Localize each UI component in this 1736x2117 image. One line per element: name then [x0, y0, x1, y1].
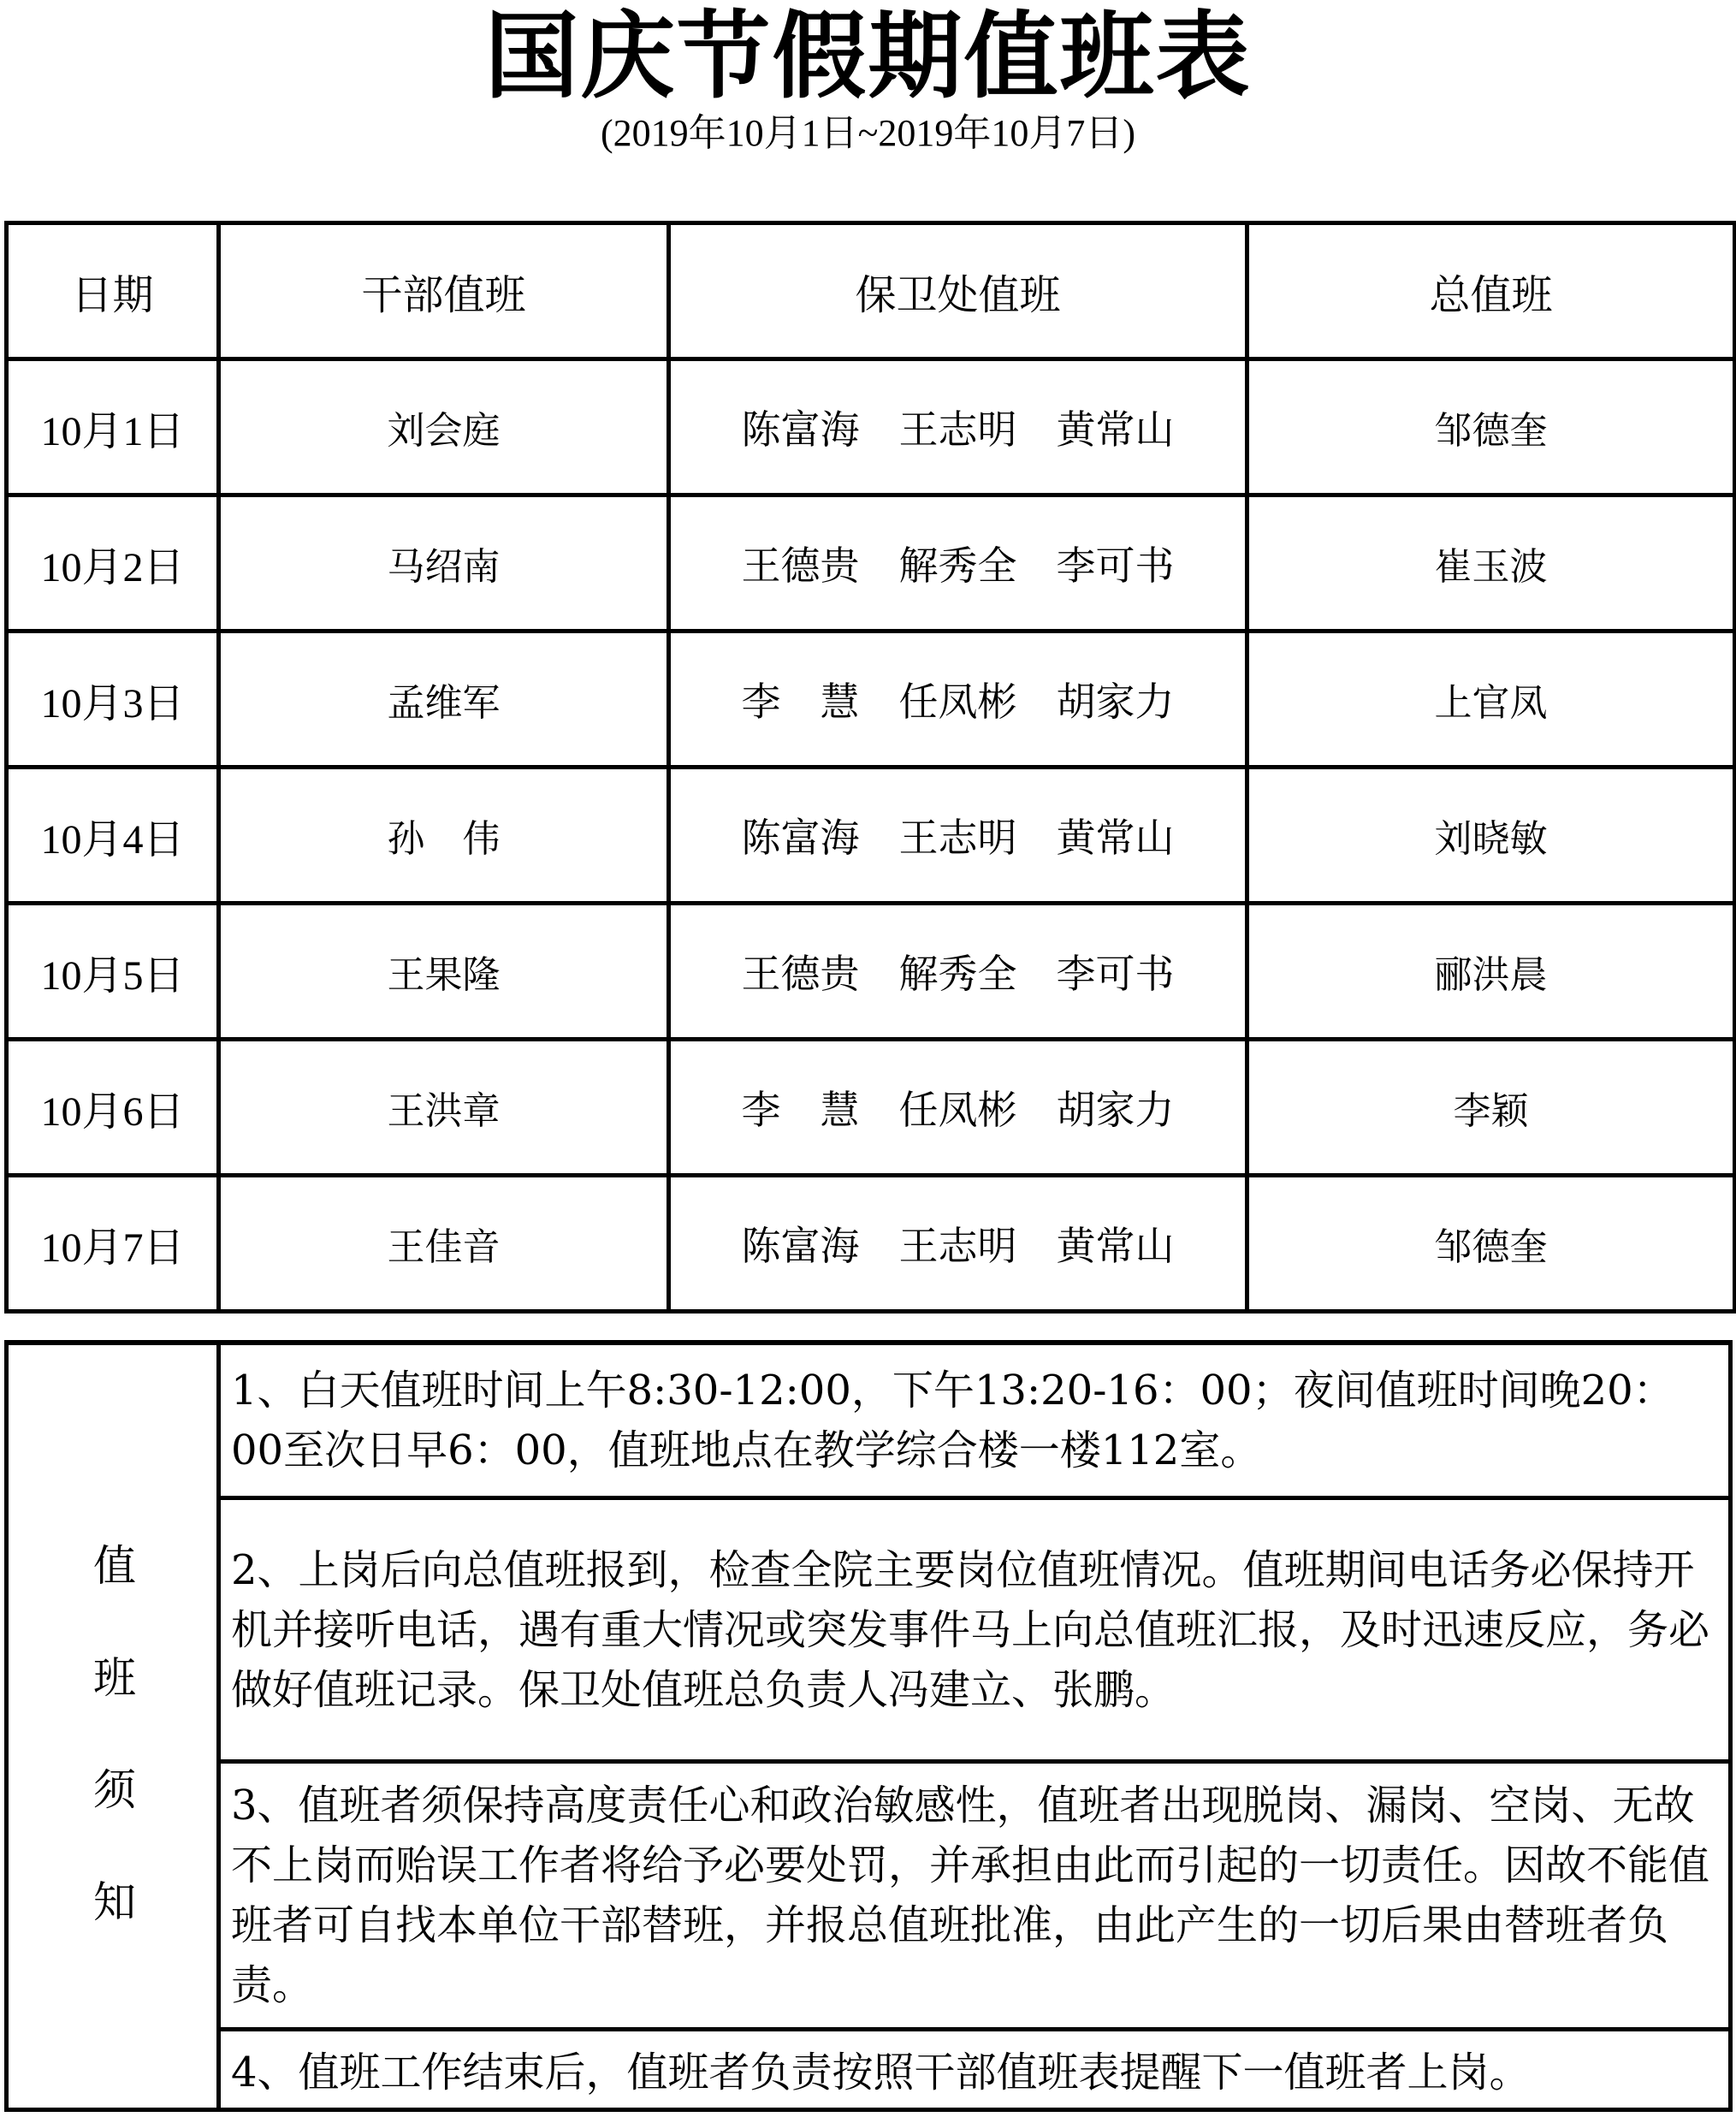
cell-date: 10月5日 — [7, 904, 219, 1040]
note-text: 4、值班工作结束后，值班者负责按照干部值班表提醒下一值班者上岗。 — [231, 2043, 1531, 2102]
table-row: 10月7日 王佳音 陈富海 王志明 黄常山 邹德奎 — [7, 1176, 1735, 1312]
duty-notes-section: 值 班 须 知 1、白天值班时间上午8:30-12:00，下午13:20-16：… — [4, 1340, 1733, 2112]
notes-label-char: 须 — [9, 1756, 221, 1818]
cell-chief: 崔玉波 — [1247, 495, 1735, 632]
cell-chief: 郦洪晨 — [1247, 904, 1735, 1040]
cell-chief: 邹德奎 — [1247, 359, 1735, 495]
note-text: 2、上岗后向总值班报到，检查全院主要岗位值班情况。值班期间电话务必保持开机并接听… — [231, 1540, 1720, 1720]
cell-security: 李 慧 任凤彬 胡家力 — [669, 632, 1247, 768]
table-row: 10月2日 马绍南 王德贵 解秀全 李可书 崔玉波 — [7, 495, 1735, 632]
table-row: 10月4日 孙 伟 陈富海 王志明 黄常山 刘晓敏 — [7, 768, 1735, 904]
cell-date: 10月2日 — [7, 495, 219, 632]
cell-chief: 李颖 — [1247, 1040, 1735, 1176]
notes-label-char: 值 — [9, 1532, 221, 1593]
cell-cadre: 王佳音 — [219, 1176, 669, 1312]
cell-security: 李 慧 任凤彬 胡家力 — [669, 1040, 1247, 1176]
cell-date: 10月3日 — [7, 632, 219, 768]
note-item: 1、白天值班时间上午8:30-12:00，下午13:20-16：00；夜间值班时… — [221, 1345, 1728, 1500]
table-row: 10月3日 孟维军 李 慧 任凤彬 胡家力 上官凤 — [7, 632, 1735, 768]
cell-chief: 邹德奎 — [1247, 1176, 1735, 1312]
table-row: 10月1日 刘会庭 陈富海 王志明 黄常山 邹德奎 — [7, 359, 1735, 495]
cell-cadre: 王洪章 — [219, 1040, 669, 1176]
table-row: 10月6日 王洪章 李 慧 任凤彬 胡家力 李颖 — [7, 1040, 1735, 1176]
note-item: 3、值班者须保持高度责任心和政治敏感性，值班者出现脱岗、漏岗、空岗、无故不上岗而… — [221, 1764, 1728, 2031]
note-text: 3、值班者须保持高度责任心和政治敏感性，值班者出现脱岗、漏岗、空岗、无故不上岗而… — [231, 1776, 1720, 2015]
duty-schedule-table: 日期 干部值班 保卫处值班 总值班 10月1日 刘会庭 陈富海 王志明 黄常山 … — [4, 221, 1736, 1313]
note-item: 4、值班工作结束后，值班者负责按照干部值班表提醒下一值班者上岗。 — [221, 2031, 1728, 2113]
cell-chief: 刘晓敏 — [1247, 768, 1735, 904]
cell-date: 10月1日 — [7, 359, 219, 495]
cell-chief: 上官凤 — [1247, 632, 1735, 768]
cell-security: 陈富海 王志明 黄常山 — [669, 768, 1247, 904]
cell-cadre: 马绍南 — [219, 495, 669, 632]
note-text: 1、白天值班时间上午8:30-12:00，下午13:20-16：00；夜间值班时… — [231, 1361, 1720, 1480]
date-range-subtitle: (2019年10月1日~2019年10月7日) — [0, 110, 1736, 157]
cell-cadre: 孙 伟 — [219, 768, 669, 904]
cell-date: 10月6日 — [7, 1040, 219, 1176]
duty-notes-list: 1、白天值班时间上午8:30-12:00，下午13:20-16：00；夜间值班时… — [221, 1345, 1728, 2108]
cell-date: 10月4日 — [7, 768, 219, 904]
header-cadre-duty: 干部值班 — [219, 223, 669, 359]
header-security-duty: 保卫处值班 — [669, 223, 1247, 359]
table-header-row: 日期 干部值班 保卫处值班 总值班 — [7, 223, 1735, 359]
notes-label-char: 知 — [9, 1868, 221, 1930]
cell-date: 10月7日 — [7, 1176, 219, 1312]
cell-security: 陈富海 王志明 黄常山 — [669, 359, 1247, 495]
notes-label-char: 班 — [9, 1644, 221, 1705]
table-row: 10月5日 王果隆 王德贵 解秀全 李可书 郦洪晨 — [7, 904, 1735, 1040]
cell-security: 陈富海 王志明 黄常山 — [669, 1176, 1247, 1312]
cell-security: 王德贵 解秀全 李可书 — [669, 904, 1247, 1040]
header-date: 日期 — [7, 223, 219, 359]
note-item: 2、上岗后向总值班报到，检查全院主要岗位值班情况。值班期间电话务必保持开机并接听… — [221, 1500, 1728, 1764]
cell-security: 王德贵 解秀全 李可书 — [669, 495, 1247, 632]
cell-cadre: 王果隆 — [219, 904, 669, 1040]
duty-notes-label: 值 班 须 知 — [9, 1345, 221, 2108]
cell-cadre: 刘会庭 — [219, 359, 669, 495]
cell-cadre: 孟维军 — [219, 632, 669, 768]
document-title: 国庆节假期值班表 — [0, 5, 1736, 108]
header-chief-duty: 总值班 — [1247, 223, 1735, 359]
